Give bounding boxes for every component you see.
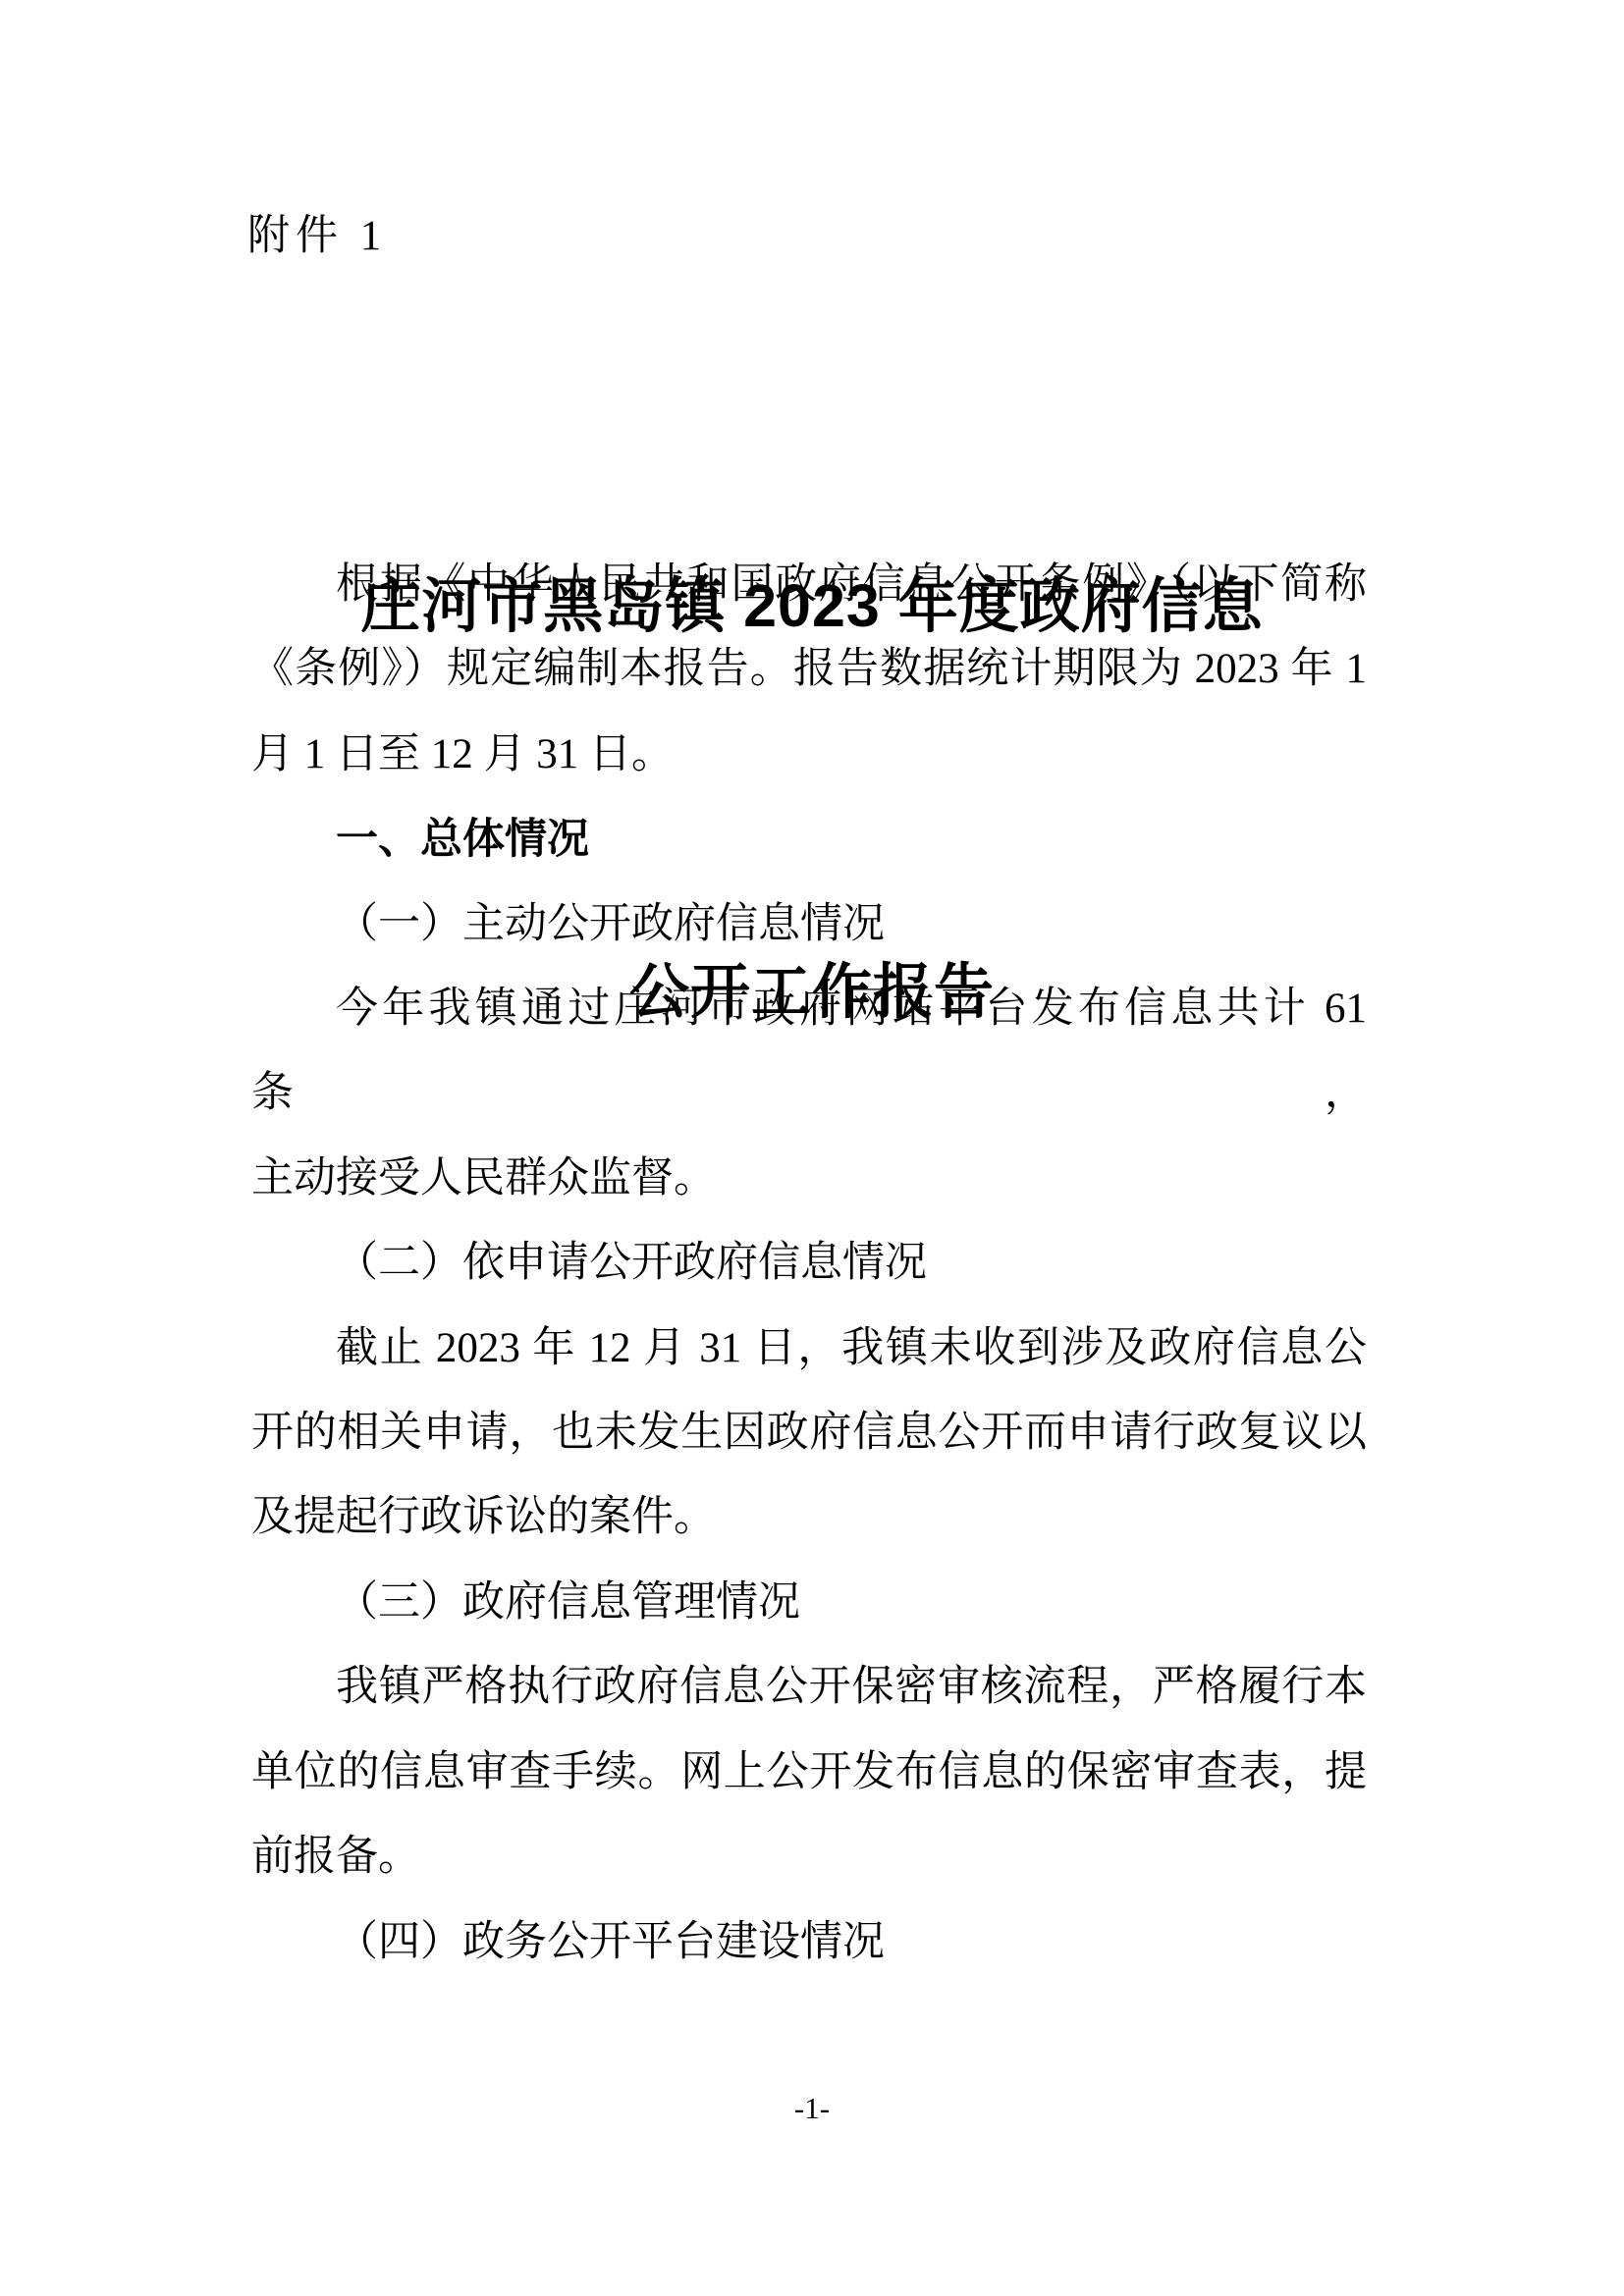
subsection-heading: （一）主动公开政府信息情况 [251,882,1367,967]
document-page: 附件 1 庄河市黑岛镇 2023 年度政府信息 公开工作报告 根据《中华人民共和… [0,0,1624,2296]
body-line: 单位的信息审查手续。网上公开发布信息的保密审查表，提 [251,1731,1367,1815]
body-line: 及提起行政诉讼的案件。 [251,1475,1367,1560]
body-line: 截止 2023 年 12 月 31 日，我镇未收到涉及政府信息公 [251,1307,1367,1391]
body-line: 开的相关申请，也未发生因政府信息公开而申请行政复议以 [251,1391,1367,1475]
subsection-heading: （三）政府信息管理情况 [251,1561,1367,1645]
page-number: -1- [0,2089,1624,2128]
body-line: 主动接受人民群众监督。 [251,1137,1367,1221]
document-body: 根据《中华人民共和国政府信息公开条例》（以下简称 《条例》）规定编制本报告。报告… [251,543,1367,1985]
body-line: 《条例》）规定编制本报告。报告数据统计期限为 2023 年 1 [251,627,1367,712]
subsection-heading: （四）政务公开平台建设情况 [251,1900,1367,1985]
body-line: 前报备。 [251,1815,1367,1899]
body-line: 月 1 日至 12 月 31 日。 [251,713,1367,797]
body-line: 今年我镇通过庄河市政府网站平台发布信息共计 61 条， [251,967,1367,1137]
subsection-heading: （二）依申请公开政府信息情况 [251,1221,1367,1306]
body-line: 我镇严格执行政府信息公开保密审核流程，严格履行本 [251,1645,1367,1730]
attachment-label: 附件 1 [247,212,387,261]
body-line: 根据《中华人民共和国政府信息公开条例》（以下简称 [251,543,1367,627]
section-heading: 一、总体情况 [251,797,1367,881]
